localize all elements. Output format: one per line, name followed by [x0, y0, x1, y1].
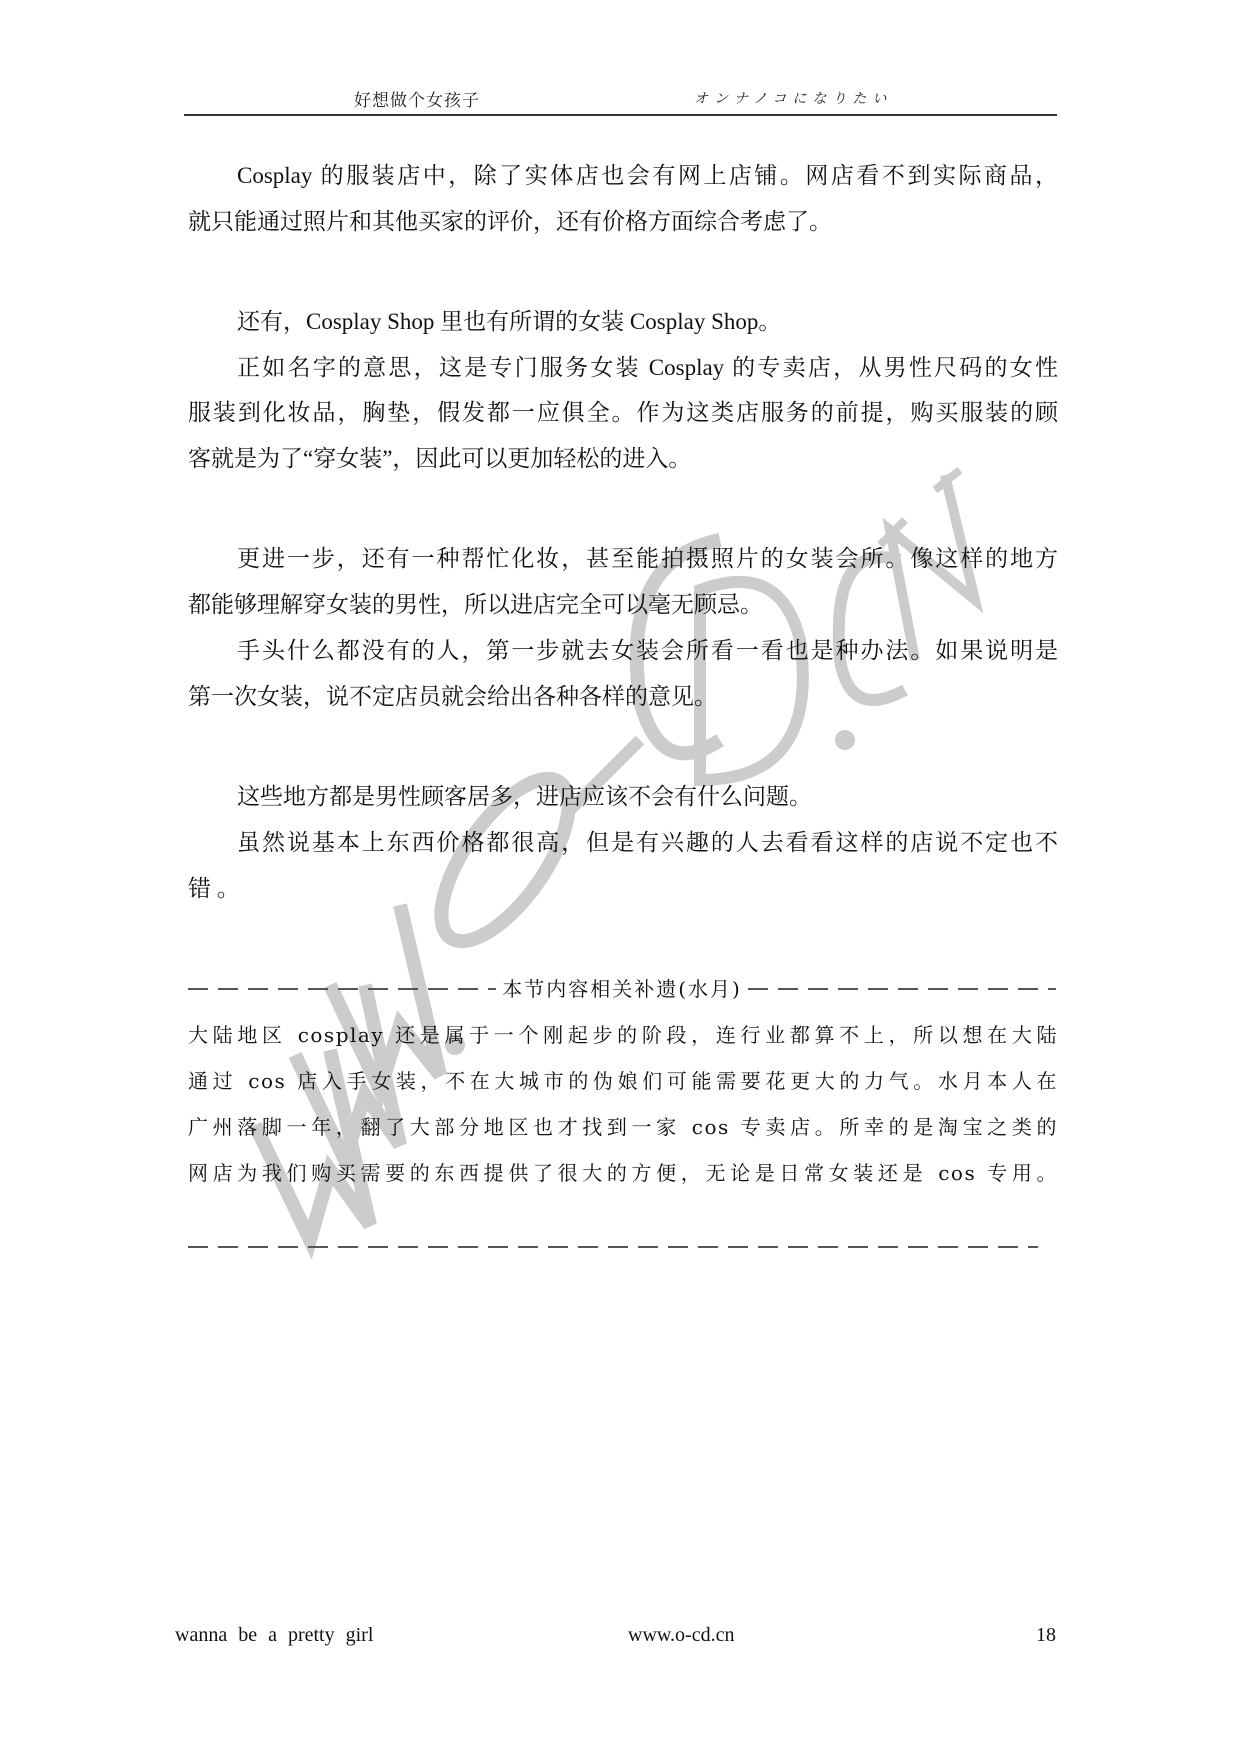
supplement-line-4: 网店为我们购买需要的东西提供了很大的方便，无论是日常女装还是 cos 专用。 — [188, 1158, 1058, 1188]
supplement-end-dashes — [188, 1246, 1038, 1248]
paragraph-7-line-2: 错 。 — [188, 874, 1058, 904]
supplement-divider: 本节内容相关补遗(水月) — [188, 974, 1056, 1004]
paragraph-1-line-1: Cosplay 的服装店中，除了实体店也会有网上店铺。网店看不到实际商品， — [237, 161, 1058, 191]
paragraph-5-line-1: 手头什么都没有的人，第一步就去女装会所看一看也是种办法。如果说明是 — [237, 636, 1058, 666]
document-page: 好想做个女孩子 オンナノコになりたい — [0, 0, 1241, 1755]
paragraph-2-line-1: 还有，Cosplay Shop 里也有所谓的女装 Cosplay Shop。 — [237, 307, 1058, 337]
supplement-line-2: 通过 cos 店入手女装，不在大城市的伪娘们可能需要花更大的力气。水月本人在 — [188, 1066, 1058, 1096]
paragraph-6-line-1: 这些地方都是男性顾客居多，进店应该不会有什么问题。 — [237, 782, 1058, 812]
paragraph-3-line-1: 正如名字的意思，这是专门服务女装 Cosplay 的专卖店，从男性尺码的女性 — [237, 353, 1058, 383]
footer-website: www.o-cd.cn — [628, 1624, 734, 1647]
header-rule — [184, 114, 1057, 116]
header-title-japanese: オンナノコになりたい — [694, 88, 892, 108]
supplement-line-1: 大陆地区 cosplay 还是属于一个刚起步的阶段，连行业都算不上，所以想在大陆 — [188, 1020, 1058, 1050]
paragraph-3-line-2: 服装到化妆品，胸垫，假发都一应俱全。作为这类店服务的前提，购买服装的顾 — [188, 398, 1058, 428]
page-footer: wanna be a pretty girl www.o-cd.cn 18 — [0, 1624, 1241, 1654]
paragraph-5-line-2: 第一次女装，说不定店员就会给出各种各样的意见。 — [188, 682, 1058, 712]
paragraph-4-line-2: 都能够理解穿女装的男性，所以进店完全可以毫无顾忌。 — [188, 590, 1058, 620]
paragraph-1-line-2: 就只能通过照片和其他买家的评价，还有价格方面综合考虑了。 — [188, 207, 1058, 237]
supplement-title: 本节内容相关补遗(水月) — [496, 974, 748, 1004]
header-title-chinese: 好想做个女孩子 — [354, 86, 480, 111]
footer-tagline: wanna be a pretty girl — [175, 1624, 373, 1647]
page-number: 18 — [1036, 1624, 1056, 1647]
supplement-line-3: 广州落脚一年，翻了大部分地区也才找到一家 cos 专卖店。所幸的是淘宝之类的 — [188, 1112, 1058, 1142]
divider-dashes-left — [188, 988, 496, 990]
paragraph-7-line-1: 虽然说基本上东西价格都很高，但是有兴趣的人去看看这样的店说不定也不 — [237, 828, 1058, 858]
divider-dashes-right — [748, 988, 1056, 990]
paragraph-3-line-3: 客就是为了“穿女装”，因此可以更加轻松的进入。 — [188, 444, 1058, 474]
page-header: 好想做个女孩子 オンナノコになりたい — [184, 82, 1057, 116]
paragraph-4-line-1: 更进一步，还有一种帮忙化妆，甚至能拍摄照片的女装会所。像这样的地方 — [237, 544, 1058, 574]
